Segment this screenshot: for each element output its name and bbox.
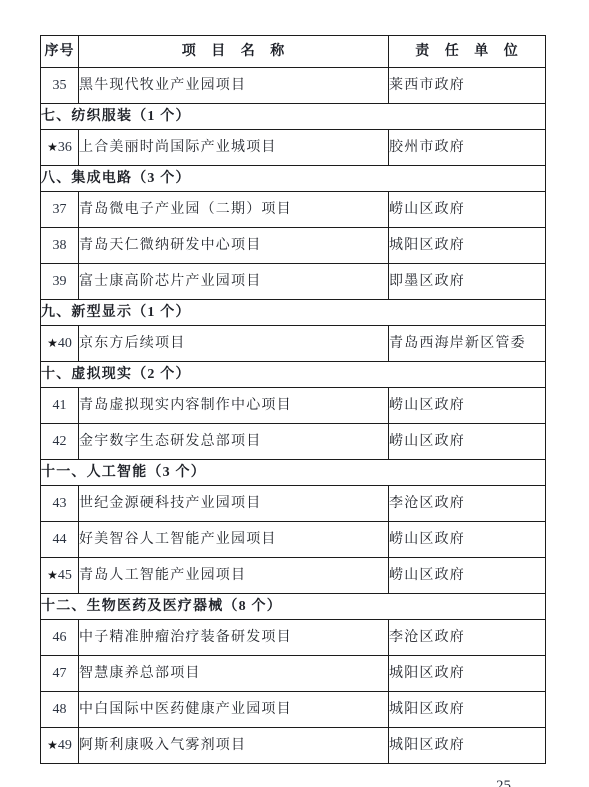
project-name: 智慧康养总部项目 — [79, 656, 389, 692]
serial-number: 42 — [41, 424, 79, 460]
section-title: 十二、生物医药及医疗器械（8 个） — [41, 594, 546, 620]
table-row: 42 金宇数字生态研发总部项目 崂山区政府 — [41, 424, 546, 460]
table-row: 43 世纪金源硬科技产业园项目 李沧区政府 — [41, 486, 546, 522]
project-name: 中白国际中医药健康产业园项目 — [79, 692, 389, 728]
serial-number: 41 — [41, 388, 79, 424]
serial-number: 43 — [41, 486, 79, 522]
table-row: 44 好美智谷人工智能产业园项目 崂山区政府 — [41, 522, 546, 558]
project-name: 好美智谷人工智能产业园项目 — [79, 522, 389, 558]
responsible-unit: 崂山区政府 — [389, 424, 546, 460]
star-icon: ★ — [47, 568, 58, 582]
project-name: 青岛微电子产业园（二期）项目 — [79, 192, 389, 228]
section-row: 七、纺织服装（1 个） — [41, 104, 546, 130]
project-name: 金宇数字生态研发总部项目 — [79, 424, 389, 460]
section-row: 八、集成电路（3 个） — [41, 166, 546, 192]
responsible-unit: 城阳区政府 — [389, 728, 546, 764]
page-number: 25 — [496, 778, 511, 787]
responsible-unit: 城阳区政府 — [389, 692, 546, 728]
projects-table: 序号 项 目 名 称 责 任 单 位 35 黑牛现代牧业产业园项目 莱西市政府 … — [40, 35, 546, 764]
serial-number: 44 — [41, 522, 79, 558]
section-row: 十一、人工智能（3 个） — [41, 460, 546, 486]
serial-number: 48 — [41, 692, 79, 728]
serial-number: 37 — [41, 192, 79, 228]
header-project-name: 项 目 名 称 — [79, 36, 389, 68]
project-name: 阿斯利康吸入气雾剂项目 — [79, 728, 389, 764]
table-header-row: 序号 项 目 名 称 责 任 单 位 — [41, 36, 546, 68]
project-name: 富士康高阶芯片产业园项目 — [79, 264, 389, 300]
section-row: 九、新型显示（1 个） — [41, 300, 546, 326]
serial-number: 38 — [41, 228, 79, 264]
table-row: 48 中白国际中医药健康产业园项目 城阳区政府 — [41, 692, 546, 728]
table-row: 41 青岛虚拟现实内容制作中心项目 崂山区政府 — [41, 388, 546, 424]
star-icon: ★ — [47, 140, 58, 154]
table-row: 37 青岛微电子产业园（二期）项目 崂山区政府 — [41, 192, 546, 228]
project-name: 中子精准肿瘤治疗装备研发项目 — [79, 620, 389, 656]
section-row: 十二、生物医药及医疗器械（8 个） — [41, 594, 546, 620]
responsible-unit: 崂山区政府 — [389, 522, 546, 558]
serial-number: 39 — [41, 264, 79, 300]
table-row: ★45 青岛人工智能产业园项目 崂山区政府 — [41, 558, 546, 594]
serial-number: 47 — [41, 656, 79, 692]
section-title: 八、集成电路（3 个） — [41, 166, 546, 192]
serial-number: 35 — [41, 68, 79, 104]
section-title: 九、新型显示（1 个） — [41, 300, 546, 326]
serial-number: ★49 — [41, 728, 79, 764]
table-row: 35 黑牛现代牧业产业园项目 莱西市政府 — [41, 68, 546, 104]
serial-number: ★40 — [41, 326, 79, 362]
responsible-unit: 即墨区政府 — [389, 264, 546, 300]
table-row: 39 富士康高阶芯片产业园项目 即墨区政府 — [41, 264, 546, 300]
serial-number: ★45 — [41, 558, 79, 594]
serial-number: 46 — [41, 620, 79, 656]
responsible-unit: 李沧区政府 — [389, 486, 546, 522]
project-name: 世纪金源硬科技产业园项目 — [79, 486, 389, 522]
responsible-unit: 城阳区政府 — [389, 228, 546, 264]
project-name: 青岛虚拟现实内容制作中心项目 — [79, 388, 389, 424]
responsible-unit: 崂山区政府 — [389, 388, 546, 424]
responsible-unit: 崂山区政府 — [389, 192, 546, 228]
table-row: ★49 阿斯利康吸入气雾剂项目 城阳区政府 — [41, 728, 546, 764]
responsible-unit: 李沧区政府 — [389, 620, 546, 656]
section-title: 七、纺织服装（1 个） — [41, 104, 546, 130]
section-title: 十一、人工智能（3 个） — [41, 460, 546, 486]
star-icon: ★ — [47, 336, 58, 350]
responsible-unit: 青岛西海岸新区管委 — [389, 326, 546, 362]
responsible-unit: 莱西市政府 — [389, 68, 546, 104]
header-responsible-unit: 责 任 单 位 — [389, 36, 546, 68]
header-serial-number: 序号 — [41, 36, 79, 68]
project-name: 青岛人工智能产业园项目 — [79, 558, 389, 594]
project-name: 青岛天仁微纳研发中心项目 — [79, 228, 389, 264]
table-row: 38 青岛天仁微纳研发中心项目 城阳区政府 — [41, 228, 546, 264]
table-row: ★40 京东方后续项目 青岛西海岸新区管委 — [41, 326, 546, 362]
project-name: 黑牛现代牧业产业园项目 — [79, 68, 389, 104]
table-row: 47 智慧康养总部项目 城阳区政府 — [41, 656, 546, 692]
project-name: 上合美丽时尚国际产业城项目 — [79, 130, 389, 166]
section-row: 十、虚拟现实（2 个） — [41, 362, 546, 388]
responsible-unit: 胶州市政府 — [389, 130, 546, 166]
responsible-unit: 崂山区政府 — [389, 558, 546, 594]
project-name: 京东方后续项目 — [79, 326, 389, 362]
serial-number: ★36 — [41, 130, 79, 166]
table-row: ★36 上合美丽时尚国际产业城项目 胶州市政府 — [41, 130, 546, 166]
responsible-unit: 城阳区政府 — [389, 656, 546, 692]
star-icon: ★ — [47, 738, 58, 752]
section-title: 十、虚拟现实（2 个） — [41, 362, 546, 388]
table-row: 46 中子精准肿瘤治疗装备研发项目 李沧区政府 — [41, 620, 546, 656]
document-page: 序号 项 目 名 称 责 任 单 位 35 黑牛现代牧业产业园项目 莱西市政府 … — [0, 0, 589, 787]
